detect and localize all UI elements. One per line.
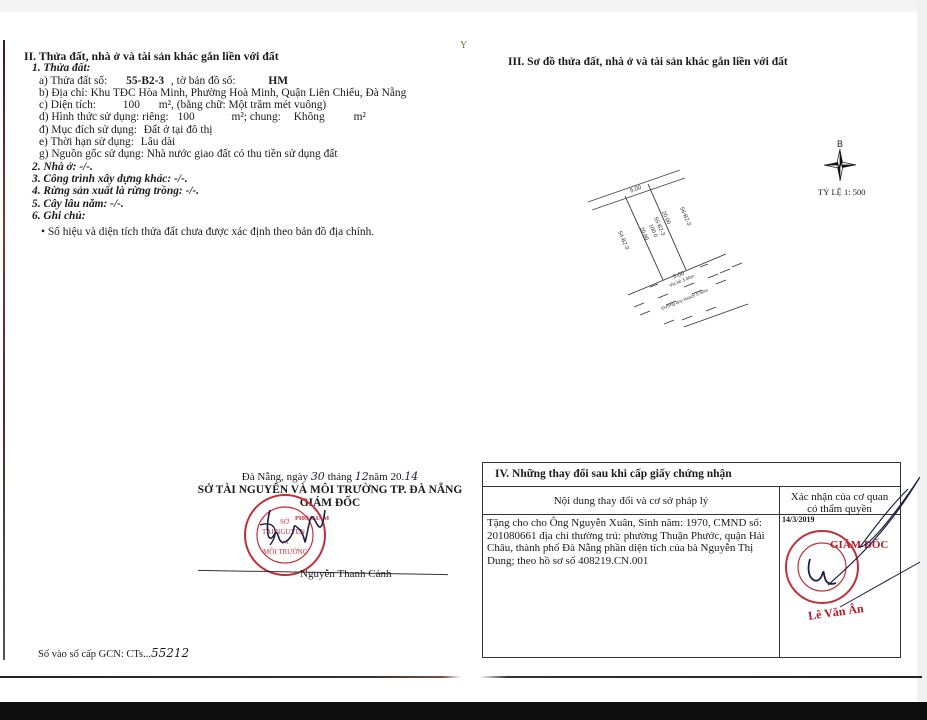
page-right-edge [917,0,927,705]
registry-value: 55212 [151,646,189,660]
area-row: c) Diện tích: 100 m², (bằng chữ: Một tră… [24,99,454,111]
issuer-signature-block: Đà Nẵng, ngày 30 tháng 12năm 20.14 SỞ TÀ… [190,470,470,510]
registry-number: Số vào sổ cấp GCN: CTs...55212 [38,646,189,660]
changes-table: IV. Những thay đổi sau khi cấp giấy chứn… [482,462,901,658]
depth-left-label: 20.00 [638,226,649,241]
confirmation-column: Xác nhận của cơ quan có thẩm quyền 14/3/… [780,487,900,657]
perennial-item: 5. Cây lâu năm: -/-. [24,198,454,210]
issuer-signer-name: Nguyễn Thanh Cảnh [300,568,391,580]
date-prefix: Đà Nẵng, ngày [242,471,308,483]
left-border-line [3,40,5,660]
registry-label: Số vào sổ cấp GCN: CTs... [38,649,151,660]
origin-row: g) Nguồn gốc sử dụng: Nhà nước giao đất … [24,148,454,160]
term: Lâu dài [141,136,175,148]
address-label: b) Địa chỉ: [39,87,88,99]
neighbor-right-label: 56-B2-3 [678,206,691,226]
area-unit: m², [159,99,174,111]
month-label: tháng [328,471,352,483]
house-item: 2. Nhà ở: -/-. [24,161,454,173]
section2-title: II. Thửa đất, nhà ở và tài sản khác gắn … [24,50,454,62]
map-sheet: HM [268,75,288,87]
purpose-label: đ) Mục đích sử dụng: [39,124,137,136]
map-sheet-label: , tờ bản đồ số: [171,75,236,87]
confirmation-role: GIÁM ĐỐC [830,539,888,551]
year-label: năm 20. [369,471,404,483]
confirmation-header: Xác nhận của cơ quan có thẩm quyền [779,487,900,515]
area-value: 100 [123,99,140,111]
section4-title: IV. Những thay đổi sau khi cấp giấy chứn… [483,463,900,487]
issue-day: 30 [311,470,325,483]
section-land-info: II. Thửa đất, nhà ở và tài sản khác gắn … [24,50,454,238]
change-content-header: Nội dung thay đổi và cơ sở pháp lý [483,487,779,515]
other-construction-item: 3. Công trình xây dựng khác: -/-. [24,173,454,185]
scale-label: TỶ LỆ 1: 500 [818,187,865,197]
term-label: e) Thời hạn sử dụng: [39,136,134,148]
bottom-dark-band [0,702,927,720]
plot-number-label: a) Thửa đất số: [39,75,107,87]
plot-diagram: 5.00 5.00 20.00 20.00 55-B2-3 100.0 54-B… [580,170,750,330]
usage-form-row: d) Hình thức sử dụng: riêng: 100 m²; chu… [24,111,454,123]
stamp-text-1: SỞ [280,518,290,526]
stamp-text-4: MÔI TRƯỜNG [263,548,308,556]
compass-label: B [837,139,843,149]
notes-heading: 6. Ghi chú: [24,210,454,222]
section3-title: III. Sơ đồ thửa đất, nhà ở và tài sản kh… [508,56,788,68]
usage-shared: Không [294,111,325,123]
issuer-organization: SỞ TÀI NGUYÊN VÀ MÔI TRƯỜNG TP. ĐÀ NẴNG [190,484,470,497]
tick-mark-icon: Y [460,40,467,51]
forest-item: 4. Rừng sản xuất là rừng trồng: -/-. [24,185,454,197]
issue-year: 14 [404,470,418,483]
official-stamp-left: SỞ TÀI NGUYÊN VÀ MÔI TRƯỜNG PHÓ GIÁM ĐỐC [240,490,330,580]
change-content-column: Nội dung thay đổi và cơ sở pháp lý Tặng … [483,487,780,657]
issue-month: 12 [355,470,369,483]
changes-table-body: Nội dung thay đổi và cơ sở pháp lý Tặng … [483,487,900,657]
term-row: e) Thời hạn sử dụng: Lâu dài [24,136,454,148]
purpose: Đất ở tại đô thị [144,124,213,136]
land-heading: 1. Thửa đất: [24,62,454,74]
origin-label: g) Nguồn gốc sử dụng: [39,148,144,160]
page-top-edge [0,0,927,12]
area-words: (bằng chữ: Một trăm mét vuông) [177,99,326,111]
note-text: • Số hiệu và diện tích thửa đất chưa đượ… [24,226,454,238]
confirmation-header-line2: có thẩm quyền [779,503,900,515]
issue-date: Đà Nẵng, ngày 30 tháng 12năm 20.14 [190,470,470,484]
confirmation-header-line1: Xác nhận của cơ quan [779,491,900,503]
depth-right-label: 20.00 [660,210,671,225]
usage-shared-unit: m² [354,111,366,123]
usage-private-unit: m²; chung: [232,111,281,123]
origin: Nhà nước giao đất có thu tiền sử dụng đấ… [147,148,338,160]
usage-private: 100 [178,111,195,123]
change-entry-text: Tặng cho cho Ông Nguyễn Xuân, Sinh năm: … [483,515,779,567]
north-compass-icon: B [820,138,860,183]
address-row: b) Địa chỉ: Khu TĐC Hòa Minh, Phường Hoà… [24,87,454,99]
purpose-row: đ) Mục đích sử dụng: Đất ở tại đô thị [24,124,454,136]
address: Khu TĐC Hòa Minh, Phường Hoà Minh, Quận … [91,87,407,99]
plot-number: 55-B2-3 [126,75,164,87]
issuer-role: GIÁM ĐỐC [190,497,470,510]
confirmation-date: 14/3/2019 [780,515,900,524]
plot-number-row: a) Thửa đất số: 55-B2-3 , tờ bản đồ số: … [24,75,454,87]
area-label: c) Diện tích: [39,99,96,111]
neighbor-left-label: 54-B2-3 [616,230,629,250]
usage-form-label: d) Hình thức sử dụng: riêng: [39,111,169,123]
road-label: Đường quy hoạch 5.50m [661,287,709,310]
bottom-rule [0,676,922,678]
